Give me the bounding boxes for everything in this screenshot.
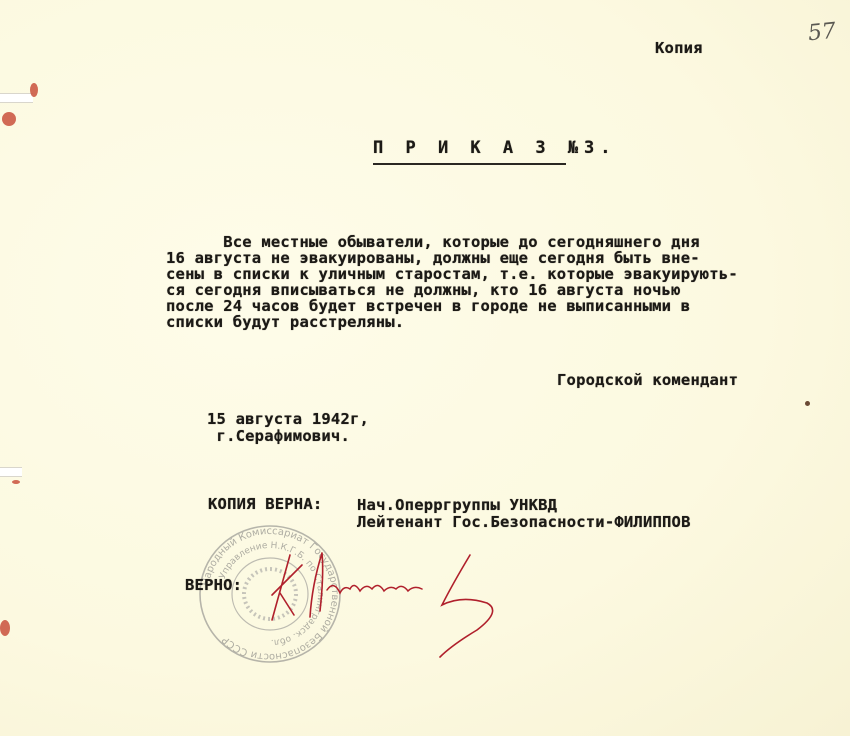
red-blot — [12, 480, 20, 484]
copy-certified-by: Нач.Оперргруппы УНКВД Лейтенант Гос.Безо… — [357, 497, 691, 531]
binding-hole-top — [0, 93, 33, 103]
order-body-text: Все местные обыватели, которые до сегодн… — [166, 234, 738, 330]
copy-label: Копия — [655, 41, 703, 56]
archive-page-number: 57 — [807, 19, 837, 47]
red-blot — [2, 112, 16, 126]
ink-speck — [805, 401, 810, 406]
red-blot — [30, 83, 38, 97]
red-blot — [0, 620, 10, 636]
signer-title: Городской комендант — [557, 373, 738, 388]
copy-certified-label: КОПИЯ ВЕРНА: — [208, 497, 322, 512]
document-title: П Р И К А З №3. — [373, 141, 617, 156]
verified-label: ВЕРНО: — [185, 578, 242, 593]
signature-icon — [262, 545, 512, 665]
binding-hole-bottom — [0, 467, 22, 477]
title-underline — [373, 163, 566, 165]
date-place: 15 августа 1942г, г.Серафимович. — [207, 411, 369, 445]
document-page: Копия 57 П Р И К А З №3. Все местные обы… — [0, 0, 850, 736]
